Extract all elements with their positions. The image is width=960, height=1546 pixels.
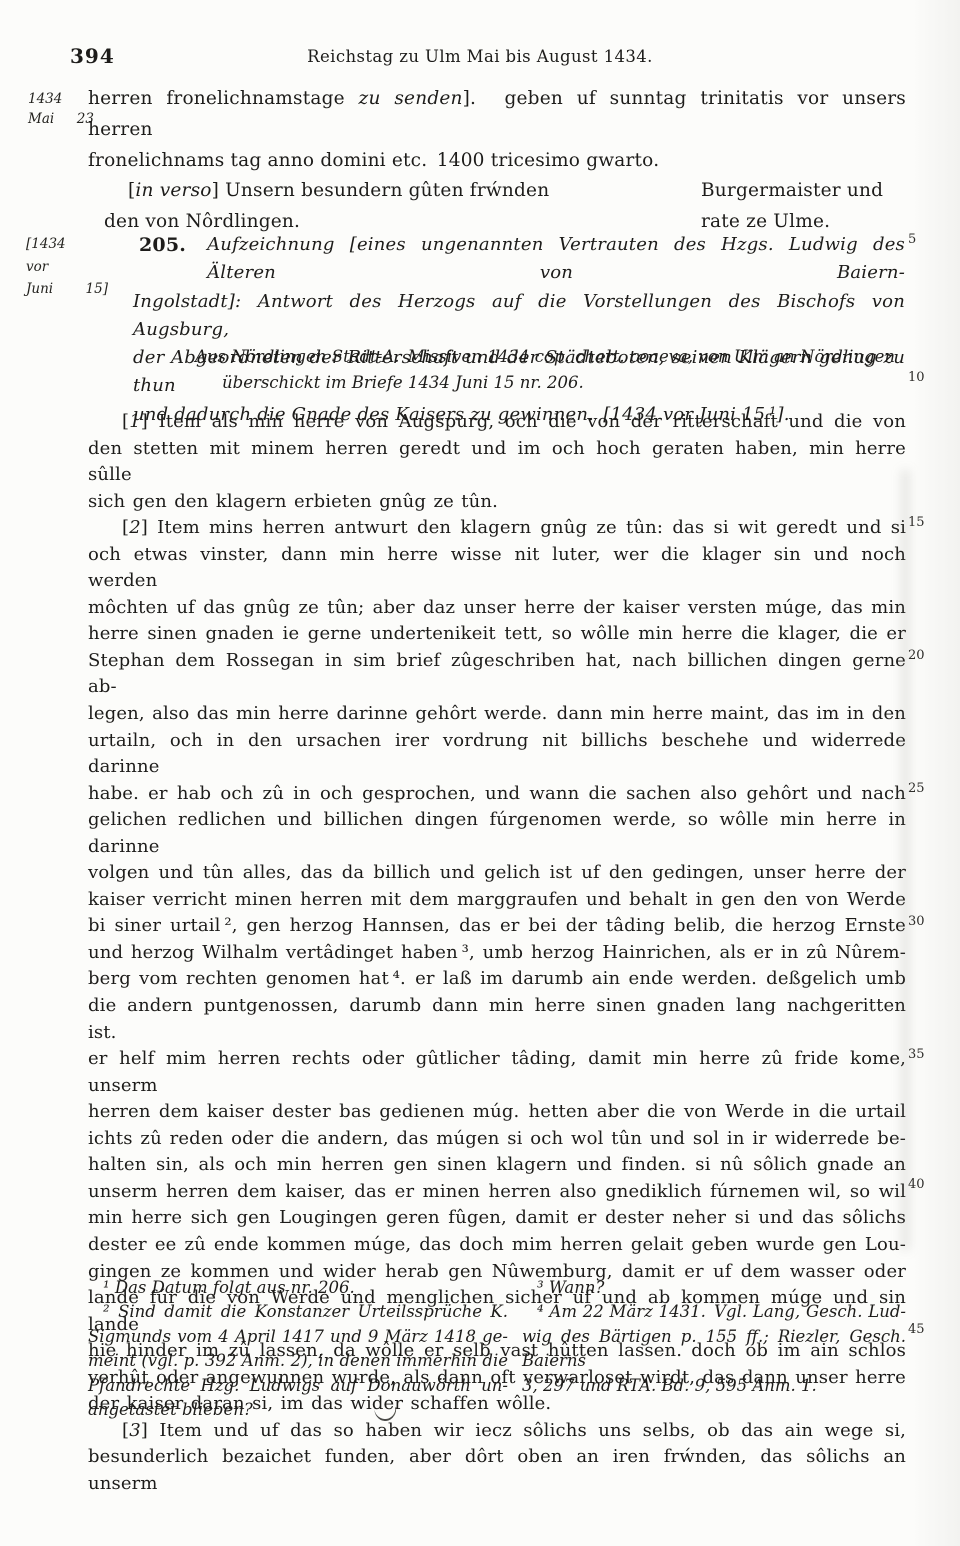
text-line: ² Sind damit die Konstanzer Urteilssprüc… <box>88 1300 508 1324</box>
text-line: volgen und tûn alles, das da billich und… <box>88 860 906 887</box>
text-line: Ingolstadt]: Antwort des Herzogs auf die… <box>133 288 905 345</box>
text-line: Mai 23 <box>28 109 94 129</box>
text-line: [2] Item mins herren antwurt den klagern… <box>88 515 906 542</box>
margin-line-number-15: 15 <box>908 515 925 530</box>
text-line: Aus Nördlingen Stadt-A. Missiven 1434 co… <box>195 344 895 370</box>
text-line: herren fronelichnamstage zu senden]. geb… <box>88 84 906 146</box>
text-line: vor <box>26 256 108 279</box>
text-line: 1434 <box>28 89 94 109</box>
text-line: überschickt im Briefe 1434 Juni 15 nr. 2… <box>195 370 895 396</box>
text-line: kaiser verricht minen herren mit dem mar… <box>88 887 906 914</box>
text-line: wig des Bärtigen p. 155 ff.; Riezler, Ge… <box>522 1325 906 1374</box>
text-line: und herzog Wilhalm vertâdinget haben ³, … <box>88 940 906 967</box>
heading-first-line: 205. Aufzeichnung [eines ungenannten Ver… <box>133 231 905 288</box>
text-line: 3, 297 und RTA. Bd. 9, 595 Anm. 1. <box>522 1374 906 1398</box>
text-line: den stetten mit minem herren geredt und … <box>88 436 906 489</box>
text-line: besunderlich bezaichet funden, aber dôrt… <box>88 1444 906 1497</box>
text-line: môchten uf das gnûg ze tûn; aber daz uns… <box>88 595 906 622</box>
footnotes-right-column: ³ Wann?⁴ Am 22 März 1431. Vgl. Lang, Ges… <box>522 1276 906 1398</box>
text-line: sich gen den klagern erbieten gnûg ze tû… <box>88 489 906 516</box>
margin-line-number-35: 35 <box>908 1047 925 1062</box>
margin-line-number-30: 30 <box>908 914 925 929</box>
paragraph-3: [3] Item und uf das so haben wir iecz sô… <box>88 1418 906 1498</box>
text-line: dester ee zû ende kommen múge, das doch … <box>88 1232 906 1259</box>
text-line: die andern puntgenossen, darumb dann min… <box>88 993 906 1046</box>
entry-205-heading: 205. Aufzeichnung [eines ungenannten Ver… <box>133 231 905 429</box>
archival-source-note: Aus Nördlingen Stadt-A. Missiven 1434 co… <box>195 344 895 397</box>
text-line: ichts zû reden oder die andern, das múge… <box>88 1126 906 1153</box>
margin-line-number-45: 45 <box>908 1322 925 1337</box>
text-line: ⁴ Am 22 März 1431. Vgl. Lang, Gesch. Lud… <box>522 1300 906 1324</box>
margin-date-note-juni15: [1434vorJuni 15] <box>26 233 108 301</box>
margin-line-number-10: 10 <box>908 370 925 385</box>
text-line: habe. er hab och zû in och gesprochen, u… <box>88 781 906 808</box>
text-line: och etwas vinster, dann min herre wisse … <box>88 542 906 595</box>
margin-line-number-40: 40 <box>908 1177 925 1192</box>
running-header: Reichstag zu Ulm Mai bis August 1434. <box>0 47 960 66</box>
margin-date-note-mai23: 1434Mai 23 <box>28 89 94 129</box>
text-line: herren dem kaiser dester bas gedienen mú… <box>88 1099 906 1126</box>
text-line-right: Burgermaister und <box>701 176 906 207</box>
text-line: Pfandrechte Hzg. Ludwigs auf Donauwörth … <box>88 1374 508 1398</box>
text-line: ¹ Das Datum folgt aus nr. 206. <box>88 1276 508 1300</box>
text-line-left: [in verso] Unsern besundern gûten frẃnde… <box>128 176 549 207</box>
text-line: legen, also das min herre darinne gehôrt… <box>88 701 906 728</box>
text-line: angetastet blieben? <box>88 1398 508 1422</box>
text-line: urtailn, och in den ursachen irer vordru… <box>88 728 906 781</box>
text-line: Stephan dem Rossegan in sim brief zûgesc… <box>88 648 906 701</box>
scan-edge-shadow <box>912 0 960 1546</box>
text-line: er helf mim herren rechts oder gûtlicher… <box>88 1046 906 1099</box>
scanned-book-page: 394 Reichstag zu Ulm Mai bis August 1434… <box>0 0 960 1546</box>
margin-line-number-5: 5 <box>908 232 916 247</box>
text-line: Sigmunds vom 4 April 1417 und 9 März 141… <box>88 1325 508 1349</box>
text-line: [in verso] Unsern besundern gûten frẃnde… <box>88 176 906 207</box>
text-line: unserm herren dem kaiser, das er minen h… <box>88 1179 906 1206</box>
heading-first-text: Aufzeichnung [eines ungenannten Vertraut… <box>207 231 905 288</box>
entry-number: 205. <box>133 231 186 288</box>
paragraph-1: [1] Item als min herre von Augspurg, och… <box>88 409 906 515</box>
text-line: bi siner urtail ², gen herzog Hannsen, d… <box>88 913 906 940</box>
text-line: min herre sich gen Lougingen geren fûgen… <box>88 1205 906 1232</box>
text-line: [1] Item als min herre von Augspurg, och… <box>88 409 906 436</box>
footnotes-left-column: ¹ Das Datum folgt aus nr. 206.² Sind dam… <box>88 1276 508 1422</box>
text-line: fronelichnams tag anno domini etc. 1400 … <box>88 146 906 177</box>
text-line: ³ Wann? <box>522 1276 906 1300</box>
text-line: Juni 15] <box>26 278 108 301</box>
text-line: herre sinen gnaden ie gerne undertenikei… <box>88 621 906 648</box>
text-line: meint (vgl. p. 392 Anm. 2), in denen imm… <box>88 1349 508 1373</box>
text-line: berg vom rechten genomen hat ⁴. er laß i… <box>88 966 906 993</box>
text-line: gelichen redlichen und billichen dingen … <box>88 807 906 860</box>
margin-line-number-25: 25 <box>908 781 925 796</box>
letter-closing-block: herren fronelichnamstage zu senden]. geb… <box>88 84 906 238</box>
text-line: [1434 <box>26 233 108 256</box>
margin-line-number-20: 20 <box>908 648 925 663</box>
text-line: halten sin, als och min herren gen sinen… <box>88 1152 906 1179</box>
